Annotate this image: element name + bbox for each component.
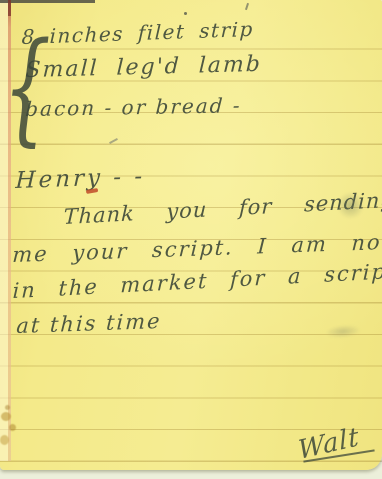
scan-top-edge xyxy=(0,0,95,3)
ink-speck xyxy=(184,12,187,15)
scanned-note: { 8 inches filet strip Small leg'd lamb … xyxy=(0,0,382,479)
paper-stain xyxy=(0,404,24,454)
letter-body-line: at this time xyxy=(16,309,162,338)
letter-greeting: Henry - - xyxy=(15,163,145,194)
yellow-ruled-paper: { 8 inches filet strip Small leg'd lamb … xyxy=(0,0,382,470)
grocery-item: bacon - or bread - xyxy=(25,93,243,121)
ink-smudge xyxy=(337,192,364,219)
margin-line-dark-top xyxy=(8,0,11,16)
ink-speck xyxy=(245,3,249,10)
